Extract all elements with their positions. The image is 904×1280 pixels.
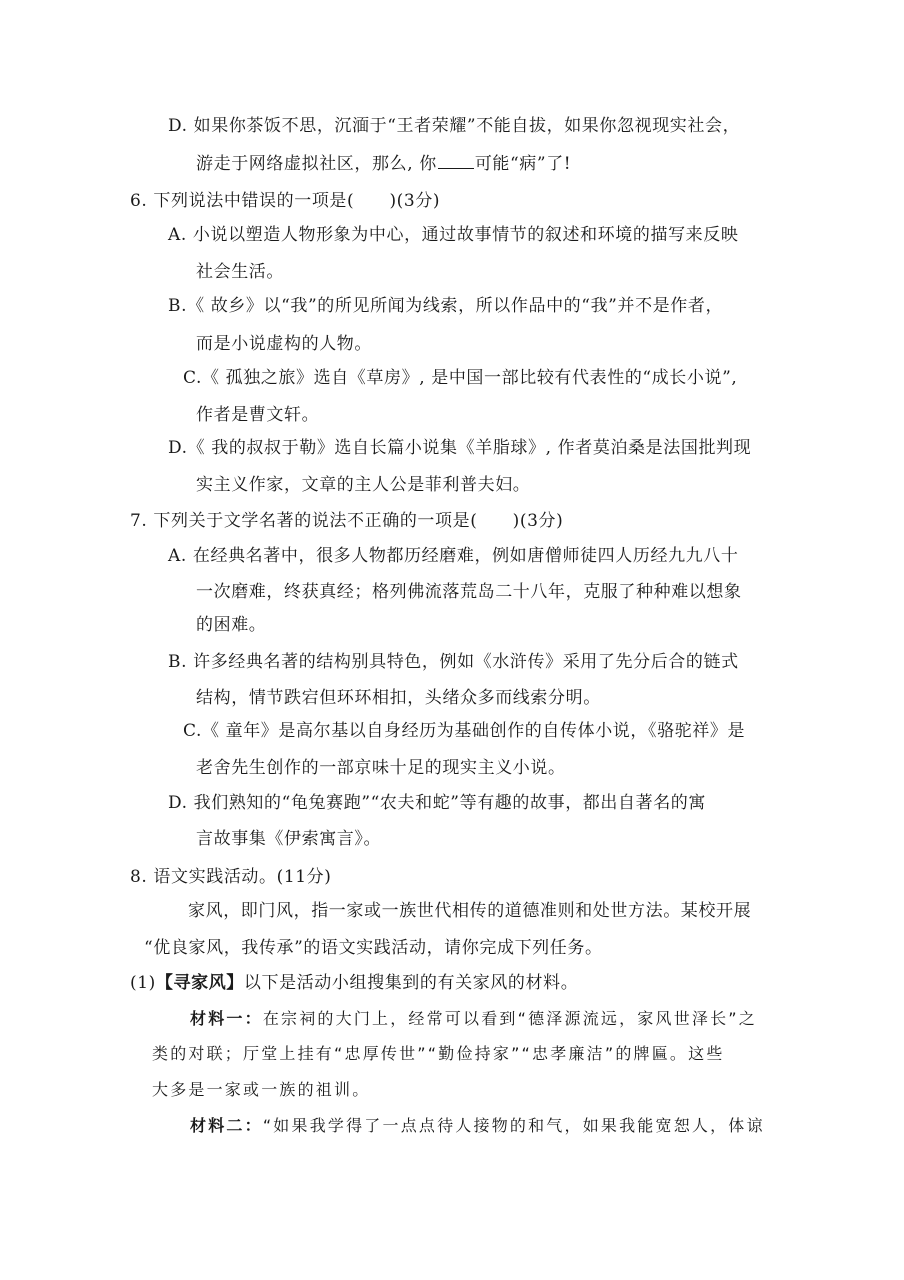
q7-option-b-line1: B. 许多经典名著的结构别具特色，例如《水浒传》采用了先分后合的链式: [168, 651, 739, 673]
q7-option-d-line2: 言故事集《伊索寓言》。: [196, 828, 381, 850]
task1-number: (1): [130, 973, 156, 993]
q6-option-a-line1: A. 小说以塑造人物形象为中心，通过故事情节的叙述和环境的描写来反映: [168, 224, 738, 246]
q7-option-c-line1: C.《 童年》是高尔基以自身经历为基础创作的自传体小说，《骆驼祥》是: [183, 720, 745, 742]
q8-stem: 8. 语文实践活动。(11分): [130, 866, 332, 888]
q5-option-d-text-end: 可能“病”了!: [475, 154, 571, 174]
task1-text: 以下是活动小组搜集到的有关家风的材料。: [244, 973, 578, 993]
q5-option-d-text: 游走于网络虚拟社区，那么, 你: [196, 154, 437, 174]
task1-title: 【寻家风】: [156, 973, 244, 993]
answer-blank[interactable]: [438, 152, 474, 169]
material2-label: 材料二：: [190, 1116, 263, 1135]
q8-intro-line2: “优良家风，我传承”的语文实践活动，请你完成下列任务。: [144, 937, 603, 959]
q6-option-c-line1: C.《 孤独之旅》选自《草房》, 是中国一部比较有代表性的“成长小说”,: [183, 367, 737, 389]
q7-option-a-line2: 一次磨难，终获真经；格列佛流落荒岛二十八年，克服了种种难以想象: [196, 581, 742, 603]
material1-line2: 类的对联；厅堂上挂有“忠厚传世”“勤俭持家”“忠孝廉洁”的牌匾。这些: [152, 1043, 725, 1065]
q6-option-a-line2: 社会生活。: [196, 261, 284, 283]
q6-option-c-line2: 作者是曹文轩。: [196, 404, 319, 426]
material2-text: “如果我学得了一点点待人接物的和气，如果我能宽恕人，体谅: [263, 1116, 765, 1135]
material2-line1: 材料二：“如果我学得了一点点待人接物的和气，如果我能宽恕人，体谅: [190, 1115, 765, 1137]
q6-option-b-line2: 而是小说虚构的人物。: [196, 333, 372, 355]
q7-option-c-line2: 老舍先生创作的一部京味十足的现实主义小说。: [196, 757, 566, 779]
q6-stem: 6. 下列说法中错误的一项是( )(3分): [130, 190, 440, 212]
q8-intro-line1: 家风，即门风，指一家或一族世代相传的道德准则和处世方法。某校开展: [188, 900, 751, 922]
q5-option-d-line1: D. 如果你茶饭不思，沉湎于“王者荣耀”不能自拔，如果你忽视现实社会，: [168, 115, 740, 137]
material1-line3: 大多是一家或一族的祖训。: [152, 1079, 370, 1101]
q8-task1: (1)【寻家风】以下是活动小组搜集到的有关家风的材料。: [130, 972, 578, 994]
q7-option-a-line1: A. 在经典名著中，很多人物都历经磨难，例如唐僧师徒四人历经九九八十: [168, 545, 738, 567]
q6-option-d-line2: 实主义作家，文章的主人公是菲利普夫妇。: [196, 474, 530, 496]
q6-option-d-line1: D.《 我的叔叔于勒》选自长篇小说集《羊脂球》, 作者莫泊桑是法国批判现: [168, 437, 751, 459]
material1-label: 材料一：: [190, 1009, 263, 1028]
q7-stem: 7. 下列关于文学名著的说法不正确的一项是( )(3分): [130, 510, 563, 532]
q7-option-d-line1: D. 我们熟知的“龟兔赛跑”“农夫和蛇”等有趣的故事，都出自著名的寓: [168, 792, 706, 814]
q7-option-b-line2: 结构，情节跌宕但环环相扣，头绪众多而线索分明。: [196, 687, 601, 709]
material1-text: 在宗祠的大门上，经常可以看到“德泽源流远，家风世泽长”之: [263, 1009, 757, 1028]
material1-line1: 材料一：在宗祠的大门上，经常可以看到“德泽源流远，家风世泽长”之: [190, 1008, 757, 1030]
q6-option-b-line1: B.《 故乡》以“我”的所见所闻为线索，所以作品中的“我”并不是作者，: [168, 295, 723, 317]
q5-option-d-line2: 游走于网络虚拟社区，那么, 你可能“病”了!: [196, 152, 571, 175]
q7-option-a-line3: 的困难。: [196, 614, 266, 636]
